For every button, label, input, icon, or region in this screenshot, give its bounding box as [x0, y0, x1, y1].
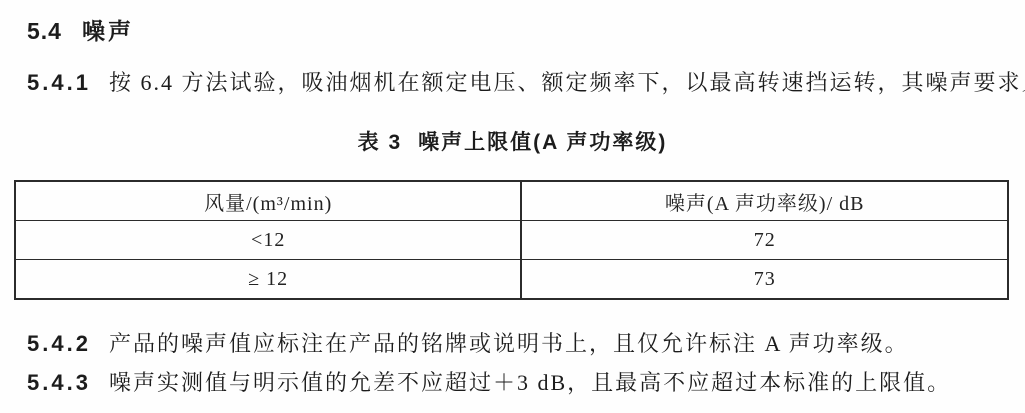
table-row: ≥ 12 73	[15, 260, 1008, 300]
column-header-noise: 噪声(A 声功率级)/ dB	[521, 181, 1008, 221]
table-caption: 表 3噪声上限值(A 声功率级)	[0, 126, 1025, 156]
table-caption-text: 噪声上限值(A 声功率级)	[418, 131, 667, 154]
table-header-row: 风量/(m³/min) 噪声(A 声功率级)/ dB	[15, 181, 1008, 221]
section-heading: 5.4噪声	[27, 13, 134, 46]
clause-text: 产品的噪声值应标注在产品的铭牌或说明书上，且仅允许标注 A 声功率级。	[109, 331, 909, 356]
clause-5-4-2: 5.4.2产品的噪声值应标注在产品的铭牌或说明书上，且仅允许标注 A 声功率级。	[27, 327, 909, 358]
section-number: 5.4	[27, 18, 62, 44]
clause-5-4-3: 5.4.3噪声实测值与明示值的允差不应超过＋3 dB，且最高不应超过本标准的上限…	[27, 366, 951, 397]
clause-number: 5.4.1	[27, 70, 91, 95]
table-row: <12 72	[15, 221, 1008, 260]
document-page: 5.4噪声 5.4.1按 6.4 方法试验，吸油烟机在额定电压、额定频率下，以最…	[0, 0, 1025, 413]
table-cell-airflow: <12	[15, 221, 521, 260]
clause-text: 按 6.4 方法试验，吸油烟机在额定电压、额定频率下，以最高转速挡运转，其噪声要…	[109, 70, 1025, 95]
table-body: <12 72 ≥ 12 73	[15, 221, 1008, 300]
table-cell-noise: 72	[521, 221, 1008, 260]
clause-text: 噪声实测值与明示值的允差不应超过＋3 dB，且最高不应超过本标准的上限值。	[109, 370, 951, 395]
clause-5-4-1: 5.4.1按 6.4 方法试验，吸油烟机在额定电压、额定频率下，以最高转速挡运转…	[27, 66, 1025, 97]
table-header: 风量/(m³/min) 噪声(A 声功率级)/ dB	[15, 181, 1008, 221]
clause-number: 5.4.3	[27, 370, 91, 395]
table-cell-airflow: ≥ 12	[15, 260, 521, 300]
section-title: 噪声	[82, 18, 134, 44]
table-caption-label: 表 3	[358, 131, 403, 154]
clause-number: 5.4.2	[27, 331, 91, 356]
noise-limit-table: 风量/(m³/min) 噪声(A 声功率级)/ dB <12 72 ≥ 12 7…	[14, 180, 1009, 300]
table-cell-noise: 73	[521, 260, 1008, 300]
column-header-airflow: 风量/(m³/min)	[15, 181, 521, 221]
